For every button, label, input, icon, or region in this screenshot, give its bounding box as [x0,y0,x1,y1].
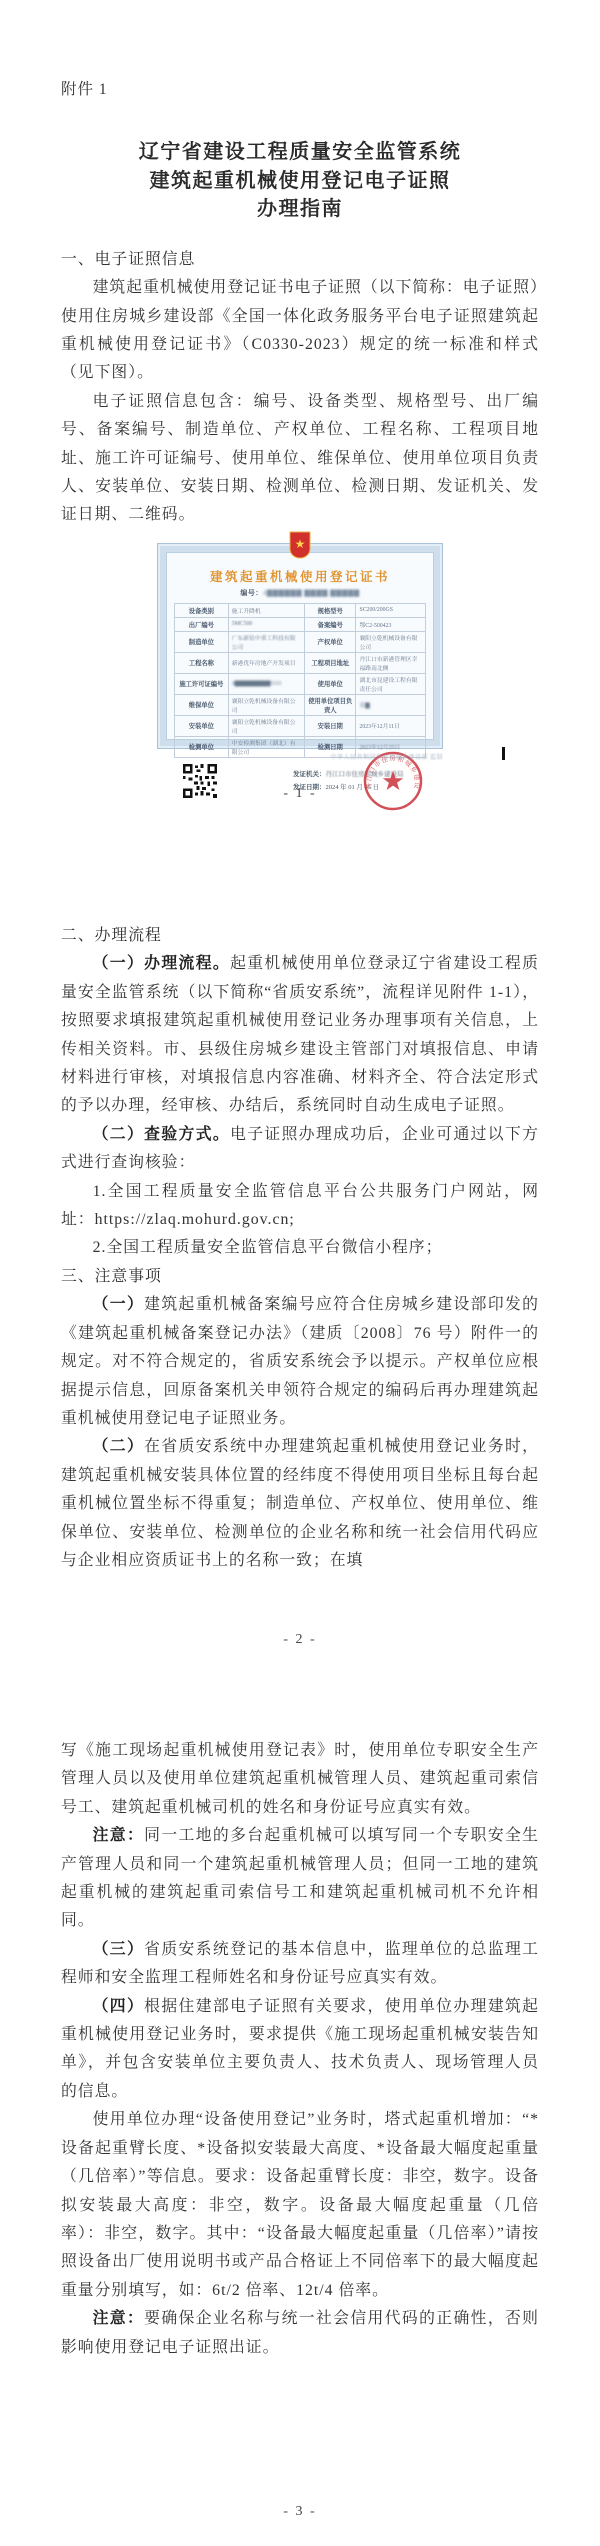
field-value: SC200/200GS [356,604,426,618]
note-lead: 注意： [93,1827,145,1844]
field-label: 安装日期 [305,715,356,736]
field-value: 5MC500 [228,617,304,631]
item-text: 建筑起重机械备案编号应符合住房城乡建设部印发的《建筑起重机械备案登记办法》（建质… [61,1296,539,1427]
field-label: 维保单位 [175,694,229,715]
attachment-label: 附件 1 [61,76,539,104]
paragraph: （二）在省质安系统中办理建筑起重机械使用登记业务时，建筑起重机械安装具体位置的经… [61,1433,539,1575]
certificate-number-value: 4▇▇▇▇▇▇ ▇▇▇▇ ▇▇▇▇▇ [263,589,360,597]
paragraph: （二）查验方式。电子证照办理成功后，企业可通过以下方式进行查询核验： [61,1121,539,1178]
paragraph: （一）办理流程。起重机械使用单位登录辽宁省建设工程质量安全监管系统（以下简称“省… [61,950,539,1120]
table-row: 安装单位 襄阳立乾机械设备有限公司 安装日期 2023年12月11日 [175,715,426,736]
paragraph: 写《施工现场起重机械使用登记表》时，使用单位专职安全生产管理人员以及使用单位建筑… [61,1737,539,1822]
certificate-number: 编号：4▇▇▇▇▇▇ ▇▇▇▇ ▇▇▇▇▇ [167,588,433,598]
page-1-content: 附件 1 辽宁省建设工程质量安全监管系统 建筑起重机械使用登记电子证照 办理指南… [61,76,539,530]
field-value: 4▇▇▇▇▇▇▇▇0101 [228,673,304,694]
certificate-number-label: 编号： [240,589,263,597]
item-lead: （四） [93,1998,145,2015]
field-label: 使用单位项目负责人 [305,694,356,715]
field-value: 襄阳立乾机械设备有限公司 [228,694,304,715]
section-heading-1: 一、电子证照信息 [61,246,539,274]
paragraph: （一）建筑起重机械备案编号应符合住房城乡建设部印发的《建筑起重机械备案登记办法》… [61,1291,539,1433]
table-row: 施工许可证编号 4▇▇▇▇▇▇▇▇0101 使用单位 湖北市昆建设工程有限责任公… [175,673,426,694]
item-lead: （一） [93,1296,145,1313]
field-value: 广东新钻中重工科技有限公司 [228,631,304,652]
scan-artifact [502,747,505,760]
page-number: - 2 - [0,1632,600,1648]
paragraph: 使用单位办理“设备使用登记”业务时，塔式起重机增加：“*设备起重臂长度、*设备拟… [61,2106,539,2305]
item-lead: （二） [93,1438,145,1455]
title-line-3: 办理指南 [61,195,539,224]
title-line-1: 辽宁省建设工程质量安全监管系统 [61,138,539,167]
field-label: 工程项目地址 [305,652,356,673]
certificate-caption: 中华人民共和国住房和城乡建设部 监制 [157,752,443,761]
page-number: - 3 - [0,2504,600,2520]
item-lead: （一）办理流程。 [93,955,230,972]
item-text: 起重机械使用单位登录辽宁省建设工程质量安全监管系统（以下简称“省质安系统”，流程… [61,955,539,1114]
item-lead: （二）查验方式。 [93,1126,230,1143]
field-value: 2023年12月11日 [356,715,426,736]
table-row: 工程名称 新港优年房地产开发项目 工程项目地址 丹江口市新港管理区幸福路南北侧 [175,652,426,673]
certificate-table: 设备类别 施工升降机 规格型号 SC200/200GS 出厂编号 5MC500 … [174,603,426,758]
svg-text:★: ★ [295,537,306,551]
table-row: 维保单位 襄阳立乾机械设备有限公司 使用单位项目负责人 张▇ [175,694,426,715]
paragraph: 2.全国工程质量安全监管信息平台微信小程序； [61,1234,539,1262]
page-3-content: 写《施工现场起重机械使用登记表》时，使用单位专职安全生产管理人员以及使用单位建筑… [61,1737,539,2362]
table-row: 制造单位 广东新钻中重工科技有限公司 产权单位 襄阳立乾机械设备有限公司 [175,631,426,652]
field-value: 襄阳立乾机械设备有限公司 [228,715,304,736]
certificate-title: 建筑起重机械使用登记证书 [167,567,433,585]
paragraph: 注意：同一工地的多台起重机械可以填写同一个专职安全生产管理人员和同一个建筑起重机… [61,1822,539,1936]
item-lead: （三） [93,1941,145,1958]
paragraph: 电子证照信息包含：编号、设备类型、规格型号、出厂编号、备案编号、制造单位、产权单… [61,388,539,530]
item-text: 在省质安系统中办理建筑起重机械使用登记业务时，建筑起重机械安装具体位置的经纬度不… [61,1438,539,1569]
paragraph: （三）省质安系统登记的基本信息中，监理单位的总监理工程师和安全监理工程师姓名和身… [61,1936,539,1993]
page-number: - 1 - [0,786,600,802]
field-value: 湖北市昆建设工程有限责任公司 [356,673,426,694]
table-row: 设备类别 施工升降机 规格型号 SC200/200GS [175,604,426,618]
national-emblem-icon: ★ [288,531,312,559]
paragraph: 注意：要确保企业名称与统一社会信用代码的正确性，否则影响使用登记电子证照出证。 [61,2305,539,2362]
field-label: 使用单位 [305,673,356,694]
field-label: 安装单位 [175,715,229,736]
field-label: 施工许可证编号 [175,673,229,694]
field-label: 工程名称 [175,652,229,673]
field-value: 张▇ [356,694,426,715]
certificate: ★ 建筑起重机械使用登记证书 编号：4▇▇▇▇▇▇ ▇▇▇▇ ▇▇▇▇▇ 设备类… [157,543,443,749]
paragraph: 建筑起重机械使用登记证书电子证照（以下简称：电子证照）使用住房城乡建设部《全国一… [61,274,539,388]
document-title: 辽宁省建设工程质量安全监管系统 建筑起重机械使用登记电子证照 办理指南 [61,138,539,224]
section-heading-2: 二、办理流程 [61,922,539,950]
title-line-2: 建筑起重机械使用登记电子证照 [61,167,539,196]
field-value: 新港优年房地产开发项目 [228,652,304,673]
paragraph: （四）根据住建部电子证照有关要求，使用单位办理建筑起重机械使用登记业务时，要求提… [61,1993,539,2107]
table-row: 出厂编号 5MC500 备案编号 鄂C2-500423 [175,617,426,631]
certificate-body: ★ 建筑起重机械使用登记证书 编号：4▇▇▇▇▇▇ ▇▇▇▇ ▇▇▇▇▇ 设备类… [166,552,434,740]
field-label: 规格型号 [305,604,356,618]
field-label: 设备类别 [175,604,229,618]
field-label: 出厂编号 [175,617,229,631]
field-value: 襄阳立乾机械设备有限公司 [356,631,426,652]
section-heading-3: 三、注意事项 [61,1263,539,1291]
field-label: 制造单位 [175,631,229,652]
field-value: 丹江口市新港管理区幸福路南北侧 [356,652,426,673]
field-label: 产权单位 [305,631,356,652]
document-page: 附件 1 辽宁省建设工程质量安全监管系统 建筑起重机械使用登记电子证照 办理指南… [0,0,600,2546]
paragraph: 1.全国工程质量安全监管信息平台公共服务门户网站，网址：https://zlaq… [61,1178,539,1235]
note-lead: 注意： [93,2310,145,2327]
page-2-content: 二、办理流程 （一）办理流程。起重机械使用单位登录辽宁省建设工程质量安全监管系统… [61,922,539,1575]
field-label: 备案编号 [305,617,356,631]
field-value: 施工升降机 [228,604,304,618]
issuer-label: 发证机关： [293,771,326,778]
field-value: 鄂C2-500423 [356,617,426,631]
